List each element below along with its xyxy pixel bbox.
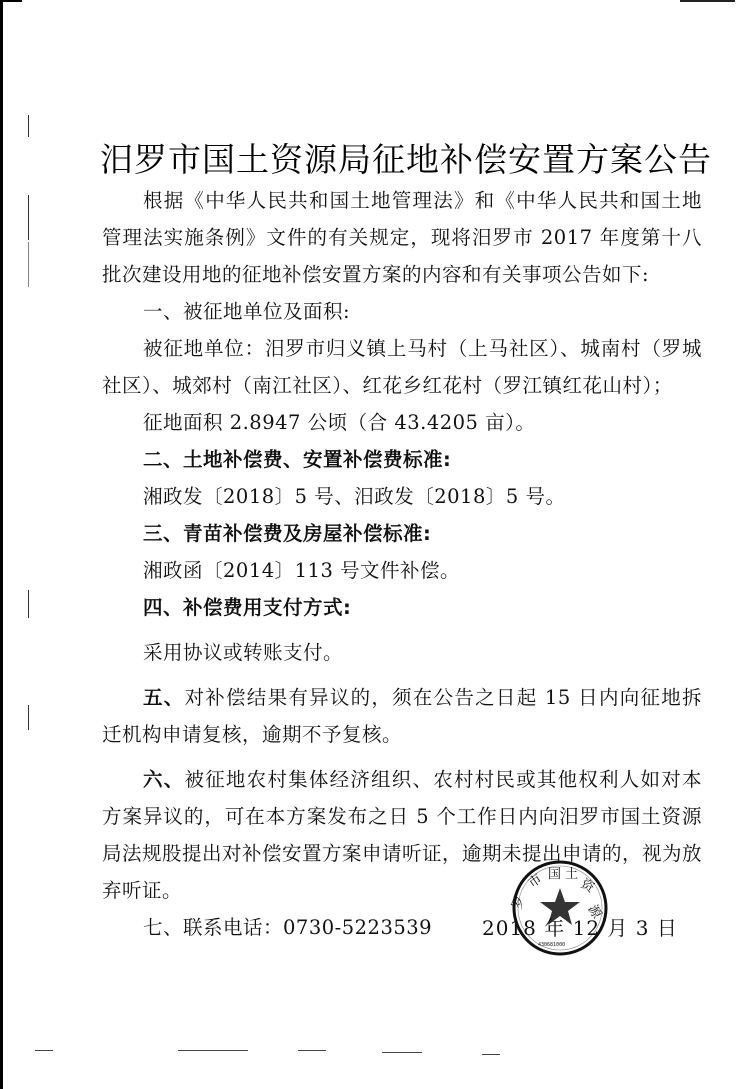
scan-edge-left xyxy=(0,0,3,1089)
document-title: 汨罗市国土资源局征地补偿安置方案公告 xyxy=(100,134,700,181)
section-2-heading: 二、土地补偿费、安置补偿费标准: xyxy=(102,441,702,478)
section-4-heading: 四、补偿费用支付方式: xyxy=(102,589,702,626)
section-7-text: 联系电话：0730-5223539 xyxy=(183,916,432,939)
section-6-paragraph: 六、被征地农村集体经济组织、农村村民或其他权利人如对本方案异议的，可在本方案发布… xyxy=(102,761,702,909)
section-5-number: 五、 xyxy=(143,686,185,709)
section-6-text: 被征地农村集体经济组织、农村村民或其他权利人如对本方案异议的，可在本方案发布之日… xyxy=(102,768,702,902)
binding-mark xyxy=(28,115,29,137)
svg-text:源: 源 xyxy=(585,903,605,923)
section-7-number: 七、 xyxy=(143,916,183,939)
svg-text:国: 国 xyxy=(548,867,561,882)
section-6-number: 六、 xyxy=(143,768,184,791)
intro-paragraph: 根据《中华人民共和国土地管理法》和《中华人民共和国土地管理法实施条例》文件的有关… xyxy=(102,182,702,293)
svg-text:土: 土 xyxy=(565,866,578,882)
section-3-heading: 三、青苗补偿费及房屋补偿标准: xyxy=(102,515,702,552)
binding-mark xyxy=(28,195,29,240)
scan-edge-top-right xyxy=(680,0,735,2)
section-3-text: 湘政函〔2014〕113 号文件补偿。 xyxy=(102,552,702,589)
binding-mark xyxy=(28,242,29,287)
section-5-text: 对补偿结果有异议的，须在公告之日起 15 日内向征地拆迁机构申请复核，逾期不予复… xyxy=(102,686,702,746)
section-5-paragraph: 五、对补偿结果有异议的，须在公告之日起 15 日内向征地拆迁机构申请复核，逾期不… xyxy=(102,679,702,753)
scan-edge-top xyxy=(0,0,22,2)
section-2-text: 湘政发〔2018〕5 号、汨政发〔2018〕5 号。 xyxy=(102,478,702,515)
section-1-area: 征地面积 2.8947 公顷（合 43.4205 亩）。 xyxy=(102,404,702,441)
svg-text:430681000: 430681000 xyxy=(538,942,565,948)
section-1-units: 被征地单位：汨罗市归义镇上马村（上马社区）、城南村（罗城社区）、城郊村（南江社区… xyxy=(102,330,702,404)
document-body: 根据《中华人民共和国土地管理法》和《中华人民共和国土地管理法实施条例》文件的有关… xyxy=(102,182,702,946)
section-1-heading: 一、被征地单位及面积: xyxy=(102,293,702,330)
scan-bottom-artifacts xyxy=(0,1050,750,1060)
section-4-text: 采用协议或转账支付。 xyxy=(102,634,702,671)
binding-mark xyxy=(28,705,29,730)
binding-mark xyxy=(28,590,29,618)
official-seal-icon: 市 国 土 资 源 罗 430681000 xyxy=(510,858,610,958)
